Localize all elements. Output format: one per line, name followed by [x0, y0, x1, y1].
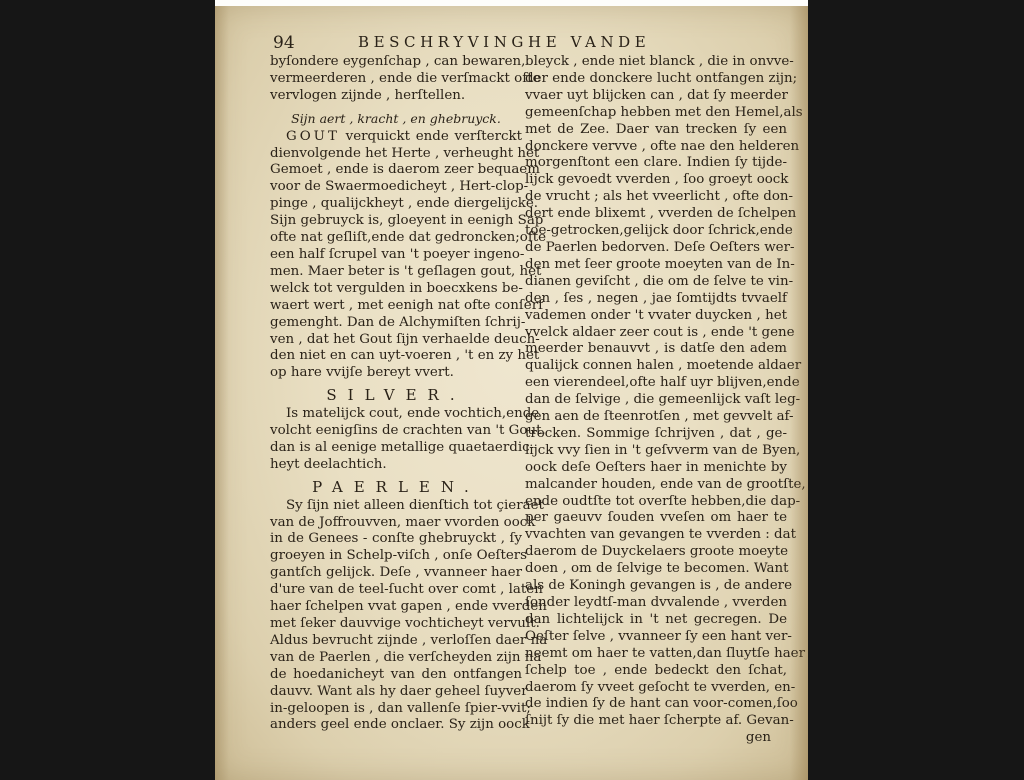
text-line: malcander houden, ende van de grootſte,	[525, 477, 787, 494]
text-line: ven , dat het Gout ſijn verhaelde deuch-	[270, 332, 522, 349]
section-heading-paerlen: PAERLEN.	[270, 479, 522, 496]
text-line: vervlogen zijnde , herſtellen.	[270, 88, 522, 105]
text-line: per gaeuvv ſouden vveſen om haer te	[525, 510, 787, 527]
text-line: lijck vvy ſien in 't geſvverm van de Bye…	[525, 443, 787, 460]
text-line: Sijn gebruyck is, gloeyent in eenigh Sap	[270, 213, 522, 230]
text-line: waert wert , met eenigh nat ofte conſerf	[270, 298, 522, 315]
text-line: oock deſe Oeſters haer in menichte by	[525, 460, 787, 477]
text-line: neemt om haer te vatten,dan ſluytſe haer	[525, 646, 787, 663]
text-line: gantſch gelijck. Deſe , vvanneer haer	[270, 565, 522, 582]
text-line: ofte nat geſliſt,ende dat gedroncken;oft…	[270, 230, 522, 247]
text-line: qualijck connen halen , moetende aldaer	[525, 358, 787, 375]
text-line: in de Genees - conſte ghebruyckt , ſy	[270, 531, 522, 548]
text-line: dianen geviſcht , die om de ſelve te vin…	[525, 274, 787, 291]
text-line: heyt deelachtich.	[270, 457, 522, 474]
text-line: een vierendeel,ofte half uyr blijven,end…	[525, 375, 787, 392]
text-line: Aldus bevrucht zijnde , verloſſen daer n…	[270, 633, 522, 650]
catchword: gen	[525, 730, 787, 747]
text-line: vvelck aldaer zeer cout is , ende 't gen…	[525, 325, 787, 342]
text-line: lijck gevoedt vverden , ſoo groeyt oock	[525, 172, 787, 189]
text-line: meerder benauvvt , is datſe den adem	[525, 341, 787, 358]
text-line: gen aen de ſteenrotſen , met gevvelt af-	[525, 409, 787, 426]
text-line: ſnijt ſy die met haer ſcherpte af. Gevan…	[525, 713, 787, 730]
text-line: haer ſchelpen vvat gapen , ende vverden	[270, 599, 522, 616]
section-first-word: GOUT	[286, 129, 340, 144]
text-line: GOUT verquickt ende verſterckt	[270, 129, 522, 146]
text-line: men. Maer beter is 't geſlagen gout, het	[270, 264, 522, 281]
text-line: den niet en can uyt-voeren , 't en zy he…	[270, 348, 522, 365]
text-line: pinge , qualijckheyt , ende diergelijcke…	[270, 196, 522, 213]
text-line: van de Joffrouvven, maer vvorden oock	[270, 515, 522, 532]
text-line: een half ſcrupel van 't poeyer ingeno-	[270, 247, 522, 264]
text-line: vermeerderen , ende die verſmackt ofte	[270, 71, 522, 88]
text-line: dert ende blixemt , vverden de ſchelpen	[525, 206, 787, 223]
running-head-title: BESCHRYVINGHE VANDE	[358, 33, 650, 51]
text-line: de vrucht ; als het vveerlicht , ofte do…	[525, 189, 787, 206]
book-page: 94 BESCHRYVINGHE VANDE byſondere eygenſc…	[215, 6, 808, 780]
text-line: anders geel ende onclaer. Sy zijn oock	[270, 717, 522, 734]
text-line: daerom ſy vveet geſocht te vverden, en-	[525, 680, 787, 697]
text-line: dan lichtelijck in 't net gecregen. De	[525, 612, 787, 629]
text-line: bleyck , ende niet blanck , die in onvve…	[525, 54, 787, 71]
page-number: 94	[273, 33, 295, 53]
text-line: voor de Swaermoedicheyt , Hert-clop-	[270, 179, 522, 196]
text-line: op hare vvijſe bereyt vvert.	[270, 365, 522, 382]
text-line: der ende donckere lucht ontfangen zijn;	[525, 71, 787, 88]
text-line: gemeenſchap hebben met den Hemel,als	[525, 105, 787, 122]
text-line: toe-getrocken,gelijck door ſchrick,ende	[525, 223, 787, 240]
text-line: morgenſtont een clare. Indien ſy tijde-	[525, 155, 787, 172]
text-line: ſchelp toe , ende bedeckt den ſchat,	[525, 663, 787, 680]
running-head: 94 BESCHRYVINGHE VANDE	[273, 33, 753, 51]
text-line: groeyen in Schelp-viſch , onſe Oeſters	[270, 548, 522, 565]
text-line: volcht eenigſins de crachten van 't Gout…	[270, 423, 522, 440]
text-line: gemenght. Dan de Alchymiſten ſchrij-	[270, 315, 522, 332]
text-line: Gemoet , ende is daerom zeer bequaem	[270, 162, 522, 179]
text-line: met de Zee. Daer van trecken ſy een	[525, 122, 787, 139]
text-line: den met ſeer groote moeyten van de In-	[525, 257, 787, 274]
text-line: de indien ſy de hant can voor-comen,ſoo	[525, 696, 787, 713]
text-line: dauvv. Want als hy daer geheel ſuyver	[270, 684, 522, 701]
section-subheading: Sijn aert , kracht , en ghebruyck.	[270, 111, 522, 128]
right-column: bleyck , ende niet blanck , die in onvve…	[525, 54, 787, 747]
text-line: van de Paerlen , die verſcheyden zijn na	[270, 650, 522, 667]
text-line: vvaer uyt blijcken can , dat ſy meerder	[525, 88, 787, 105]
text-line: ende oudtſte tot overſte hebben,die dap-	[525, 494, 787, 511]
text-line: Oeſter ſelve , vvanneer ſy een hant ver-	[525, 629, 787, 646]
text-line: vademen onder 't vvater duycken , het	[525, 308, 787, 325]
text-line: ſonder leydtſ-man dvvalende , vverden	[525, 595, 787, 612]
text-line: den , ſes , negen , jae ſomtijdts tvvael…	[525, 291, 787, 308]
text-line: dan is al eenige metallige quaetaerdic-	[270, 440, 522, 457]
text-line: de Paerlen bedorven. Deſe Oeſters wer-	[525, 240, 787, 257]
text-line: dienvolgende het Herte , verheught het	[270, 146, 522, 163]
text-line: trecken. Sommige ſchrijven , dat , ge-	[525, 426, 787, 443]
section-heading-silver: SILVER.	[270, 387, 522, 404]
text-line: Is matelijck cout, ende vochtich,ende	[270, 406, 522, 423]
text-line: doen , om de ſelvige te becomen. Want	[525, 561, 787, 578]
text-line: Sy ſijn niet alleen dienſtich tot çierae…	[270, 498, 522, 515]
text-line: donckere vervve , ofte nae den helderen	[525, 139, 787, 156]
text-line: in-geloopen is , dan vallenſe ſpier-vvit…	[270, 701, 522, 718]
text-line: dan de ſelvige , die gemeenlijck vaſt le…	[525, 392, 787, 409]
text-line: byſondere eygenſchap , can bewaren,	[270, 54, 522, 71]
text-line: met ſeker dauvvige vochticheyt vervult.	[270, 616, 522, 633]
left-column: byſondere eygenſchap , can bewaren, verm…	[270, 54, 522, 734]
text-line: d'ure van de teel-ſucht over comt , late…	[270, 582, 522, 599]
text-line: als de Koningh gevangen is , de andere	[525, 578, 787, 595]
text-line: vvachten van gevangen te vverden : dat	[525, 527, 787, 544]
text-line: de hoedanicheyt van den ontfangen	[270, 667, 522, 684]
text-line: daerom de Duyckelaers groote moeyte	[525, 544, 787, 561]
text-line: welck tot vergulden in boecxkens be-	[270, 281, 522, 298]
